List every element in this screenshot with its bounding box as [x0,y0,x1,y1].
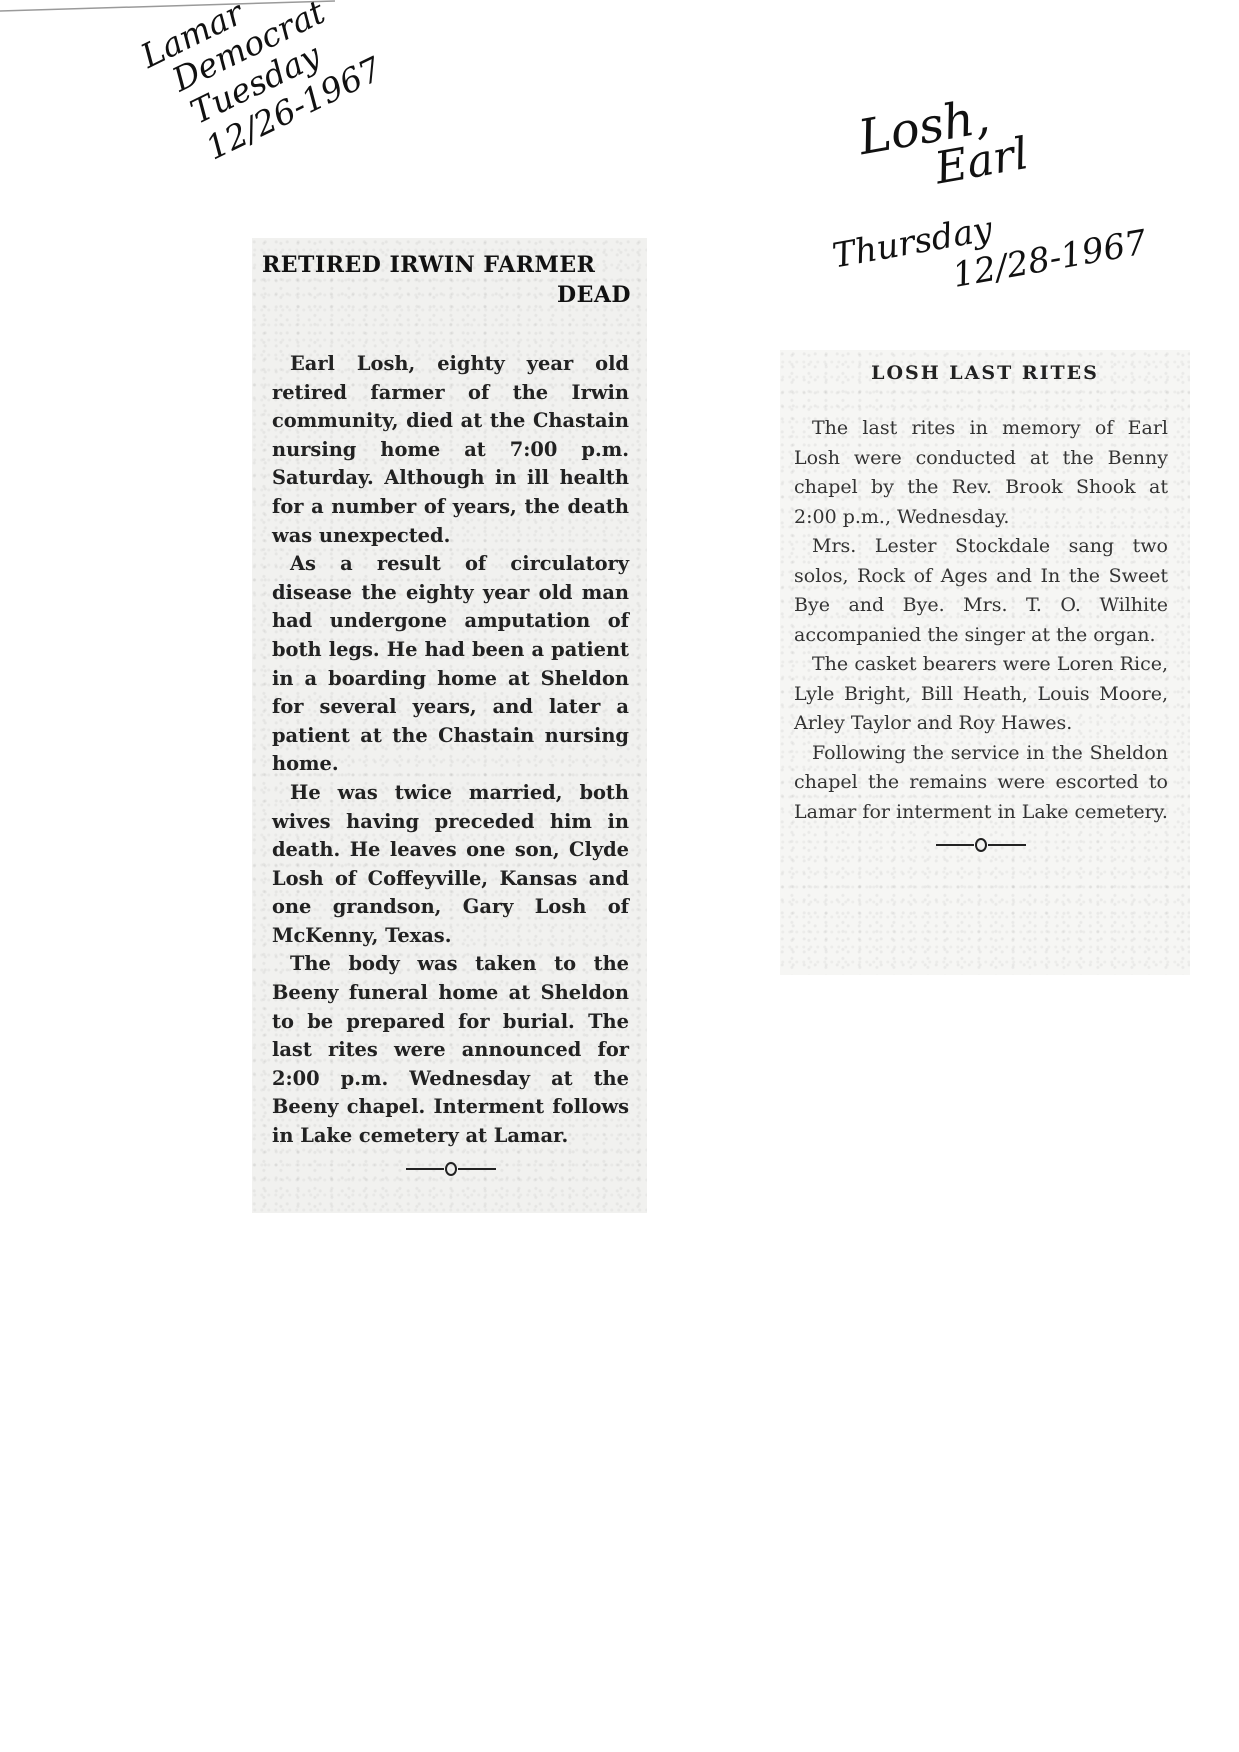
handwritten-source-note: Lamar Democrat Tuesday 12/26-1967 [118,0,386,181]
paragraph: As a result of circulatory disease the e… [272,550,629,779]
paragraph: Following the service in the Sheldon cha… [794,739,1168,828]
obituary-clipping: RETIRED IRWIN FARMER DEAD Earl Losh, eig… [252,238,647,1213]
last-rites-clipping: LOSH LAST RITES The last rites in memory… [780,350,1190,975]
separator-ornament [794,831,1168,861]
handwritten-date-note: Thursday 12/28-1967 [830,186,1149,313]
headline-line: DEAD [262,280,635,310]
clipping-body: Earl Losh, eighty year old retired farme… [252,310,647,1183]
headline-line: RETIRED IRWIN FARMER [262,250,635,280]
paragraph: The body was taken to the Beeny funeral … [272,950,629,1150]
separator-ornament [272,1155,629,1184]
paragraph: The casket bearers were Loren Rice, Lyle… [794,650,1168,739]
paragraph: He was twice married, both wives having … [272,779,629,951]
paragraph: The last rites in memory of Earl Losh we… [794,414,1168,532]
clipping-headline: LOSH LAST RITES [780,350,1190,384]
handwritten-name-note: Losh, Earl [855,87,1032,204]
paragraph: Mrs. Lester Stockdale sang two solos, Ro… [794,532,1168,650]
clipping-body: The last rites in memory of Earl Losh we… [780,384,1190,861]
clipping-headline: RETIRED IRWIN FARMER DEAD [252,238,647,310]
paragraph: Earl Losh, eighty year old retired farme… [272,350,629,550]
handwritten-line: Earl [932,132,1032,192]
